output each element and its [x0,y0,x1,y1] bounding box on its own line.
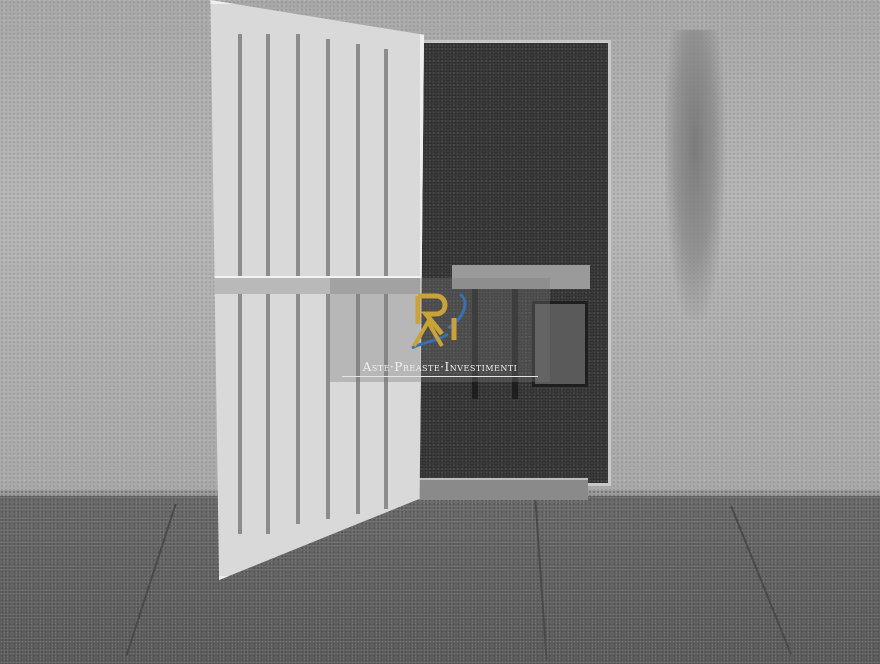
wall-stain [665,30,725,320]
ri-monogram-logo-icon [408,288,472,354]
dark-room-texture [412,43,608,483]
doorway [412,40,611,486]
watermark: Aste·Preaste·Investimenti [330,278,550,382]
door-threshold [410,478,588,500]
photo: Aste·Preaste·Investimenti [0,0,880,664]
tiled-floor [0,490,880,664]
watermark-underline [342,376,538,377]
watermark-text: Aste·Preaste·Investimenti [330,360,550,374]
